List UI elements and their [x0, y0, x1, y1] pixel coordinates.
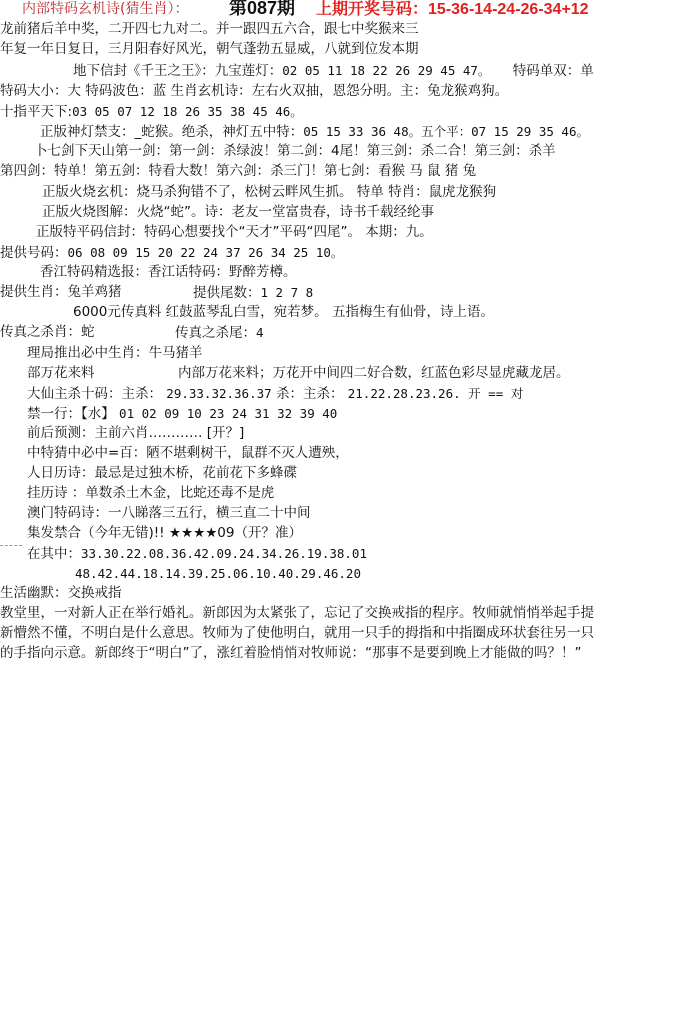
header-row: 内部特码玄机诗(猜生肖）： [22, 0, 188, 19]
ten-fingers-line: 十指平天下:03 05 07 12 18 26 35 38 45 46。 [0, 102, 303, 121]
forecast: 前后预测：主前六肖………… [开？] [27, 424, 244, 443]
macau-poem: 澳门特码诗：一八睇落三五行，横三直二十中间 [27, 504, 311, 523]
humor-line-2: 新懵然不懂，不明白是什么意思。牧师为了使他明白，就用一只手的拇指和中指圈成环状套… [0, 624, 594, 643]
result-numbers: 15-36-14-24-26-34+12 [428, 1, 589, 18]
humor-title: 生活幽默：交换戒指 [0, 584, 122, 603]
fire-mystery: 正版火烧玄机：烧马杀狗错不了，松树云畔风生抓。 特单 特肖：鼠虎龙猴狗 [42, 183, 496, 202]
fax-kill-tail: 传真之杀尾：4 [175, 323, 264, 342]
ban-row: 禁一行：【水】 01 02 09 10 23 24 31 32 39 40 [27, 404, 337, 423]
among-line-1: 在其中：33.30.22.08.36.42.09.24.34.26.19.38.… [27, 544, 367, 563]
underground-numbers: 02 05 11 18 22 26 29 45 47。 [282, 63, 490, 78]
provided-zodiac: 提供生肖：兔羊鸡猪 [0, 283, 122, 302]
result-label: 上期开奖号码： [316, 1, 428, 18]
flowers-right: 内部万花来料；万花开中间四二好合数，红蓝色彩尽显虎藏龙居。 [178, 364, 570, 383]
odd-even-value: 单 [580, 63, 594, 79]
hk-selection: 香江特码精选报：香江话特码：野醉芳樽。 [40, 263, 297, 282]
among-line-2: 48.42.44.18.14.39.25.06.10.40.29.46.20 [75, 564, 361, 583]
humor-line-3: 的手指向示意。新郎终于“明白”了，涨红着脸悄悄对牧师说：“那事不是要到晚上才能做… [0, 644, 581, 663]
calendar-poem-a: 人日历诗：最忌是过独木桥，花前花下多蜂碟 [27, 464, 297, 483]
bureau-zodiac: 理局推出必中生肖：牛马猪羊 [27, 344, 203, 363]
provided-numbers: 提供号码：06 08 09 15 20 22 24 37 26 34 25 10… [0, 243, 343, 262]
fax-kill-zodiac: 传真之杀肖：蛇 [0, 323, 95, 342]
lamp-line: 正版神灯禁支：_蛇猴。绝杀，神灯五中特：05 15 33 36 48。五个平：0… [40, 122, 589, 141]
issue-number: 第087期 [229, 0, 295, 18]
flat-code-envelope: 正版特平码信封：特码心想要找个“天才”平码“四尾”。 本期：九。 [36, 223, 433, 242]
humor-line-1: 教堂里，一对新人正在举行婚礼。新郎因为太紧张了，忘记了交换戒指的程序。牧师就悄悄… [0, 604, 594, 623]
fire-illustration: 正版火烧图解：火烧“蛇”。诗：老友一堂富贵春，诗书千载经纶事 [42, 203, 434, 222]
size-color-line: 特码大小：大 特码波色：蓝 生肖玄机诗：左右火双抽，恩怨分明。主：兔龙猴鸡狗。 [0, 82, 508, 101]
header-left-title: 内部特码玄机诗(猜生肖）： [22, 1, 188, 17]
flowers-left: 部万花来料 [27, 364, 95, 383]
underground-envelope: 地下信封《千王之王》：九宝莲灯：02 05 11 18 22 26 29 45 … [73, 61, 594, 80]
calendar-poem-b: 挂历诗 ：单数杀土木金，比蛇还毒不是虎 [27, 484, 274, 503]
last-draw-result: 上期开奖号码：15-36-14-24-26-34+12 [316, 0, 589, 19]
hundred-line: 中特猜中必中=百：陋不堪剩树干，鼠群不灭人遭殃， [27, 444, 349, 463]
dashed-mark [0, 545, 22, 546]
kill-ten-codes: 大仙主杀十码：主杀： 29.33.32.36.37 杀：主杀： 21.22.28… [27, 384, 523, 403]
fax-material: 6000元传真料 红鼓蓝琴乱白雪，宛若梦。 五指梅生有仙骨，诗上语。 [73, 303, 494, 322]
swords-line-1: 卜七剑下天山第一剑：第一剑：杀绿波！第二剑：4尾！第三剑：杀二合！第三剑：杀羊 [34, 142, 556, 161]
ban-combo: 集发禁合（今年无错)!! ★★★★09（开？准） [27, 524, 302, 543]
poem-line-1: 龙前猪后羊中奖，二开四七九对二。并一跟四五六合，跟七中奖猴来三 [0, 20, 419, 39]
swords-line-2: 第四剑：特单！第五剑：特看大数！第六剑：杀三门！第七剑：看猴 马 鼠 猪 兔 [0, 162, 476, 181]
provided-tail: 提供尾数：1 2 7 8 [193, 283, 313, 302]
poem-line-2: 年复一年日复日，三月阳春好风光，朝气蓬勃五显威，八就到位发本期 [0, 40, 419, 59]
